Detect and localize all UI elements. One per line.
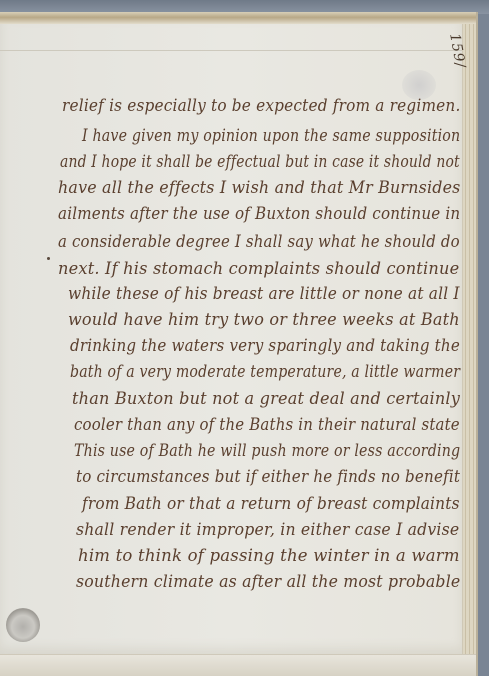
text-line: I have given my opinion upon the same su…: [82, 126, 460, 145]
text-line: shall render it improper, in either case…: [76, 520, 459, 539]
library-stamp-icon: [6, 608, 40, 642]
page-bottom-edge: [0, 654, 476, 676]
text-line: relief is especially to be expected from…: [62, 96, 461, 115]
text-line: while these of his breast are little or …: [68, 284, 460, 303]
text-line: would have him try two or three weeks at…: [68, 310, 460, 329]
text-line: to circumstances but if either he finds …: [76, 467, 460, 486]
page-top-edge: [0, 12, 476, 24]
text-line: have all the effects I wish and that Mr …: [58, 178, 461, 197]
text-line: and I hope it shall be effectual but in …: [60, 152, 460, 171]
text-line: him to think of passing the winter in a …: [78, 546, 460, 565]
text-line: next. If his stomach complaints should c…: [58, 259, 459, 278]
text-line: drinking the waters very sparingly and t…: [70, 336, 460, 355]
text-line: ailments after the use of Buxton should …: [58, 204, 460, 223]
page-right-edges: [462, 24, 476, 664]
text-line: than Buxton but not a great deal and cer…: [72, 389, 460, 408]
text-line: southern climate as after all the most p…: [76, 572, 460, 591]
text-line: from Bath or that a return of breast com…: [82, 494, 460, 513]
text-line: This use of Bath he will push more or le…: [74, 441, 460, 460]
text-line: bath of a very moderate temperature, a l…: [70, 362, 460, 381]
text-line: a considerable degree I shall say what h…: [58, 232, 460, 251]
page-fold-line: [0, 50, 462, 51]
margin-ink-dot: [47, 257, 50, 260]
text-line: cooler than any of the Baths in their na…: [74, 415, 460, 434]
